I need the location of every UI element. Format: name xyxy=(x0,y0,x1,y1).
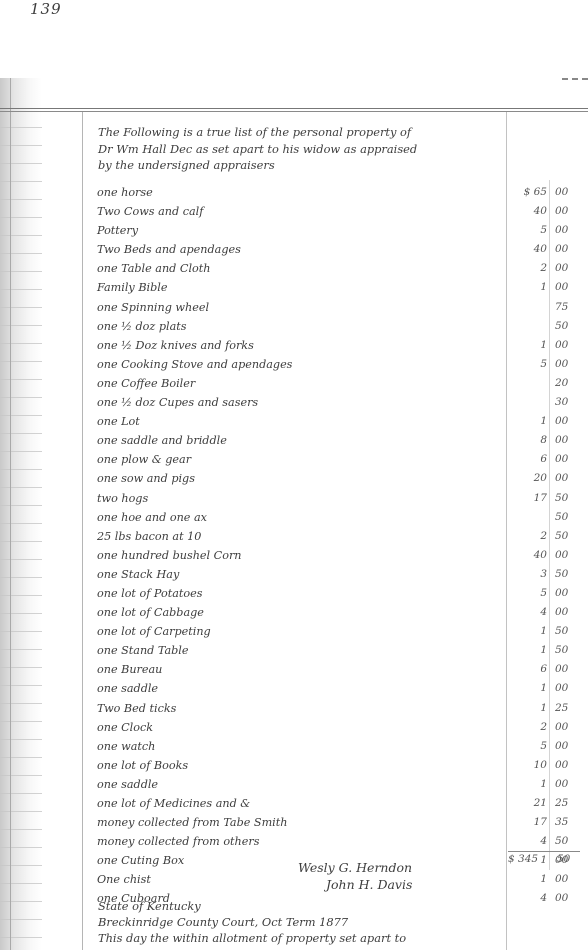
item-description: one Clock xyxy=(97,718,153,737)
item-description: one Lot xyxy=(97,412,140,431)
item-cents: 50 xyxy=(555,622,577,641)
appraiser-signature-1: Wesly G. Herndon xyxy=(298,860,412,875)
closing-line-2: Breckinridge County Court, Oct Term 1877 xyxy=(98,914,578,930)
item-description: one watch xyxy=(97,737,155,756)
inventory-list: one horse$ 6500Two Cows and calf4000Pott… xyxy=(97,183,577,909)
item-dollars: 2 xyxy=(509,718,547,737)
item-description: one Bureau xyxy=(97,660,162,679)
item-description: one hoe and one ax xyxy=(97,508,207,527)
item-description: one Cuting Box xyxy=(97,851,184,870)
item-description: Family Bible xyxy=(97,278,167,297)
item-description: one horse xyxy=(97,183,153,202)
item-description: one saddle xyxy=(97,679,158,698)
inventory-row: Two Cows and calf4000 xyxy=(97,202,577,221)
item-dollars: 1 xyxy=(509,699,547,718)
item-description: Two Bed ticks xyxy=(97,699,176,718)
item-description: money collected from Tabe Smith xyxy=(97,813,287,832)
item-description: one lot of Medicines and & xyxy=(97,794,250,813)
item-dollars: 5 xyxy=(509,584,547,603)
item-description: one ½ Doz knives and forks xyxy=(97,336,254,355)
item-dollars: 5 xyxy=(509,737,547,756)
item-description: one saddle xyxy=(97,775,158,794)
inventory-row: one plow & gear600 xyxy=(97,450,577,469)
item-description: one saddle and briddle xyxy=(97,431,227,450)
item-cents: 00 xyxy=(555,679,577,698)
item-dollars: 5 xyxy=(509,355,547,374)
item-description: one ½ doz Cupes and sasers xyxy=(97,393,258,412)
left-margin-rule xyxy=(82,112,83,950)
inventory-row: one saddle100 xyxy=(97,775,577,794)
inventory-row: one Table and Cloth200 xyxy=(97,259,577,278)
item-cents: 00 xyxy=(555,870,577,889)
item-cents: 00 xyxy=(555,412,577,431)
item-cents: 00 xyxy=(555,756,577,775)
item-cents: 50 xyxy=(555,565,577,584)
inventory-row: Family Bible100 xyxy=(97,278,577,297)
corner-mark xyxy=(562,78,588,82)
item-cents: 00 xyxy=(555,336,577,355)
item-cents: 00 xyxy=(555,221,577,240)
item-dollars: 5 xyxy=(509,221,547,240)
total-rule xyxy=(508,851,580,852)
item-dollars: 4 xyxy=(509,603,547,622)
inventory-row: one ½ doz plats50 xyxy=(97,317,577,336)
inventory-row: one saddle100 xyxy=(97,679,577,698)
item-cents: 00 xyxy=(555,355,577,374)
inventory-row: one horse$ 6500 xyxy=(97,183,577,202)
inventory-row: Pottery500 xyxy=(97,221,577,240)
item-description: one lot of Cabbage xyxy=(97,603,204,622)
item-description: one Stand Table xyxy=(97,641,189,660)
inventory-row: one Spinning wheel75 xyxy=(97,298,577,317)
item-cents: 50 xyxy=(555,641,577,660)
item-dollars: 8 xyxy=(509,431,547,450)
item-cents: 50 xyxy=(555,317,577,336)
inventory-row: one sow and pigs2000 xyxy=(97,469,577,488)
item-dollars: 20 xyxy=(509,469,547,488)
item-cents: 00 xyxy=(555,431,577,450)
item-cents: 20 xyxy=(555,374,577,393)
item-cents: 00 xyxy=(555,718,577,737)
inventory-row: one lot of Books1000 xyxy=(97,756,577,775)
intro-line-1: The Following is a true list of the pers… xyxy=(98,124,498,141)
item-cents: 50 xyxy=(555,832,577,851)
item-cents: 00 xyxy=(555,202,577,221)
item-description: one lot of Carpeting xyxy=(97,622,211,641)
item-cents: 00 xyxy=(555,278,577,297)
item-description: money collected from others xyxy=(97,832,259,851)
header-rule xyxy=(0,108,588,109)
intro-paragraph: The Following is a true list of the pers… xyxy=(98,124,498,174)
item-description: one lot of Potatoes xyxy=(97,584,202,603)
item-cents: 25 xyxy=(555,699,577,718)
inventory-row: one Stack Hay350 xyxy=(97,565,577,584)
inventory-row: money collected from Tabe Smith1735 xyxy=(97,813,577,832)
item-dollars: 17 xyxy=(509,813,547,832)
inventory-row: one Coffee Boiler20 xyxy=(97,374,577,393)
court-certification: State of Kentucky Breckinridge County Co… xyxy=(98,898,578,946)
inventory-row: one watch500 xyxy=(97,737,577,756)
item-dollars: $ 65 xyxy=(509,183,547,202)
closing-line-3: This day the within allotment of propert… xyxy=(98,930,578,946)
item-description: one lot of Books xyxy=(97,756,188,775)
item-dollars: 1 xyxy=(509,641,547,660)
inventory-row: one lot of Carpeting150 xyxy=(97,622,577,641)
item-dollars: 21 xyxy=(509,794,547,813)
item-cents: 00 xyxy=(555,775,577,794)
item-dollars: 10 xyxy=(509,756,547,775)
item-dollars: 3 xyxy=(509,565,547,584)
item-dollars: 17 xyxy=(509,489,547,508)
inventory-row: two hogs1750 xyxy=(97,489,577,508)
item-dollars: 4 xyxy=(509,832,547,851)
item-dollars: 40 xyxy=(509,240,547,259)
item-dollars: 40 xyxy=(509,202,547,221)
item-cents: 25 xyxy=(555,794,577,813)
item-cents: 00 xyxy=(555,240,577,259)
item-description: Two Cows and calf xyxy=(97,202,203,221)
item-dollars: 1 xyxy=(509,870,547,889)
item-cents: 00 xyxy=(555,183,577,202)
total-dollars: $ 345 xyxy=(508,853,538,865)
item-description: Pottery xyxy=(97,221,138,240)
binding-edge xyxy=(10,78,11,950)
intro-line-2: Dr Wm Hall Dec as set apart to his widow… xyxy=(98,141,498,158)
item-description: two hogs xyxy=(97,489,148,508)
inventory-row: one hundred bushel Corn4000 xyxy=(97,546,577,565)
item-description: one sow and pigs xyxy=(97,469,195,488)
item-cents: 00 xyxy=(555,737,577,756)
item-dollars: 2 xyxy=(509,259,547,278)
item-dollars: 1 xyxy=(509,775,547,794)
item-dollars: 6 xyxy=(509,450,547,469)
item-dollars: 1 xyxy=(509,412,547,431)
item-description: Two Beds and apendages xyxy=(97,240,241,259)
item-cents: 00 xyxy=(555,450,577,469)
inventory-row: one lot of Medicines and &2125 xyxy=(97,794,577,813)
header-rule-secondary xyxy=(0,111,588,112)
item-cents: 50 xyxy=(555,508,577,527)
inventory-row: one Bureau600 xyxy=(97,660,577,679)
item-cents: 00 xyxy=(555,259,577,278)
page-number: 139 xyxy=(30,0,62,18)
item-dollars: 6 xyxy=(509,660,547,679)
closing-line-1: State of Kentucky xyxy=(98,898,578,914)
item-description: one Stack Hay xyxy=(97,565,179,584)
item-cents: 00 xyxy=(555,603,577,622)
inventory-row: one Clock200 xyxy=(97,718,577,737)
intro-line-3: by the undersigned appraisers xyxy=(98,157,498,174)
inventory-row: one ½ doz Cupes and sasers30 xyxy=(97,393,577,412)
item-description: One chist xyxy=(97,870,151,889)
inventory-row: one lot of Cabbage400 xyxy=(97,603,577,622)
item-cents: 00 xyxy=(555,546,577,565)
item-cents: 30 xyxy=(555,393,577,412)
item-description: one Cooking Stove and apendages xyxy=(97,355,292,374)
item-dollars: 1 xyxy=(509,336,547,355)
item-description: one Coffee Boiler xyxy=(97,374,195,393)
item-dollars: 2 xyxy=(509,527,547,546)
item-description: 25 lbs bacon at 10 xyxy=(97,527,201,546)
inventory-row: Two Beds and apendages4000 xyxy=(97,240,577,259)
binding-ruled-lines xyxy=(0,110,42,950)
item-cents: 50 xyxy=(555,527,577,546)
item-dollars: 1 xyxy=(509,622,547,641)
inventory-row: one hoe and one ax50 xyxy=(97,508,577,527)
inventory-row: one Cooking Stove and apendages500 xyxy=(97,355,577,374)
inventory-row: 25 lbs bacon at 10250 xyxy=(97,527,577,546)
appraiser-signature-2: John H. Davis xyxy=(326,877,412,892)
inventory-row: one Lot100 xyxy=(97,412,577,431)
item-cents: 00 xyxy=(555,469,577,488)
item-dollars: 1 xyxy=(509,679,547,698)
inventory-row: money collected from others450 xyxy=(97,832,577,851)
item-dollars: 40 xyxy=(509,546,547,565)
item-cents: 75 xyxy=(555,298,577,317)
item-cents: 35 xyxy=(555,813,577,832)
item-description: one hundred bushel Corn xyxy=(97,546,242,565)
item-description: one Table and Cloth xyxy=(97,259,210,278)
inventory-row: one saddle and briddle800 xyxy=(97,431,577,450)
inventory-row: Two Bed ticks125 xyxy=(97,699,577,718)
item-description: one Spinning wheel xyxy=(97,298,209,317)
item-dollars: 1 xyxy=(509,278,547,297)
inventory-row: one lot of Potatoes500 xyxy=(97,584,577,603)
inventory-row: one Stand Table150 xyxy=(97,641,577,660)
item-cents: 00 xyxy=(555,660,577,679)
item-cents: 00 xyxy=(555,584,577,603)
inventory-row: one ½ Doz knives and forks100 xyxy=(97,336,577,355)
total-cents: 50 xyxy=(557,853,570,865)
item-description: one plow & gear xyxy=(97,450,191,469)
item-description: one ½ doz plats xyxy=(97,317,187,336)
item-cents: 50 xyxy=(555,489,577,508)
